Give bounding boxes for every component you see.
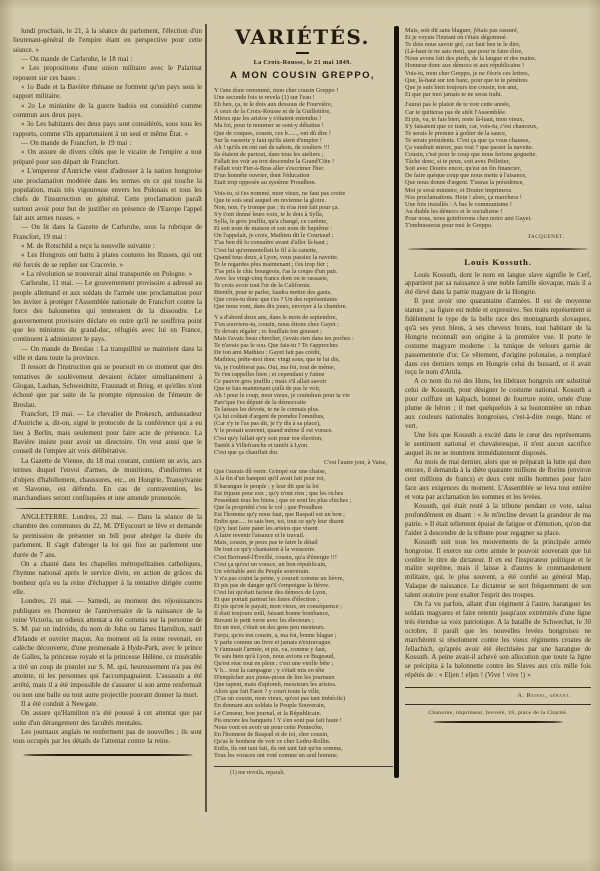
article-paragraph: Kossuth suit tous les mouvements de la p… — [405, 539, 591, 601]
news-paragraph: Il ressort de l'instruction qui se pours… — [13, 363, 202, 410]
news-paragraph: lundi prochain, le 21, à la séance du pa… — [13, 27, 202, 55]
poem-stanza: Mais, soit dit sans blaguer, j'étais pas… — [405, 27, 591, 98]
poem-line: De tout ce qu'y chantaient à la voraceri… — [214, 546, 391, 553]
dateline: La Croix-Rousse, le 21 mai 1849. — [214, 59, 391, 66]
poem-line: Te t'en rappelles bien ; et cependant y … — [214, 371, 391, 378]
poem-line: En l'honneur de Raspail et de toi, cher … — [214, 731, 391, 738]
german-news-items: lundi prochain, le 21, à la séance du pa… — [13, 27, 202, 504]
kossuth-article-body: Louis Kossuth, dont le nom en langue sla… — [405, 272, 591, 682]
poem-stanza: Que t'aurais dû venir. Grimpé sur une ch… — [214, 468, 391, 759]
poem-line: Un véritable ami du Peuple souverain. — [214, 568, 391, 575]
imprint-end-rule — [433, 721, 563, 723]
column-divider-right — [394, 26, 399, 778]
poem-line: Que te fais maintenant çuilà de pas le v… — [214, 385, 391, 392]
poem-line: T'as pris le chic bourgeois, t'as la cou… — [214, 268, 391, 275]
poem-line: Il harangue le peuple ; y leur dit que l… — [214, 483, 391, 490]
news-paragraph: — On mande de Francfort, le 19 mai : — [13, 139, 202, 148]
poem-line: Ça vaudrait mieux, pas vrai ? que passer… — [405, 144, 591, 151]
poem-line: D'empêcher aux pious-pious de lire les j… — [214, 674, 391, 681]
poem-line: Honneur donc aux démocs et aux républica… — [405, 62, 591, 69]
poem-line: Mieux que les aristos y s'étaient entend… — [214, 115, 391, 122]
poem-line: Que la propriété c'est le vol ; que Prou… — [214, 504, 391, 511]
poem-part-1: Y t'ans donc renommé, mon cher cousin Gr… — [214, 87, 391, 456]
news-paragraph: Il a été conduit à Newgate. — [13, 700, 202, 709]
poem-stanza: Y a d'abord deux ans, dans le mois de se… — [214, 314, 391, 456]
poem-line: D'un honnête ouvrier, dont l'éducation — [214, 172, 391, 179]
poem-line: Que te sois seul auquel en revienne la g… — [214, 197, 391, 204]
news-paragraph: — On lit dans la Gazette de Carlsruhe, s… — [13, 223, 202, 242]
column-divider-left — [205, 24, 207, 812]
poem-line: Nos proclamations. Hein ! alors, ça marc… — [405, 194, 591, 201]
poem-line: Ils étaient de partout, dans tous les at… — [214, 151, 391, 158]
column-end-rule — [23, 754, 193, 756]
poem-line: En un mot, c'était un des gens peu mente… — [214, 624, 391, 631]
poem-line: Et son nom de maison et son nom de baptê… — [214, 225, 391, 232]
article-paragraph: Une fois que Kossuth a excité dans le cœ… — [405, 432, 591, 459]
news-paragraph: — On mande de Carlsruhe, le 18 mai : — [13, 55, 202, 64]
poem-line: A faire revenir l'aisance et le travail. — [214, 532, 391, 539]
poem-line: Tantôt à Villefranche et tantôt à Lyon. — [214, 442, 391, 449]
poem-line: Tâche donc, si te peux, soit avec Pellet… — [405, 158, 591, 165]
poem-line: A la fin d'un banquet qu'il avait fait p… — [214, 475, 391, 482]
poem-line: Car te quitteras pas de sitôt l'Assemblé… — [405, 109, 591, 116]
poem-line: Au diable les démocs et le socialisme ! — [405, 208, 591, 215]
news-paragraph: Carlsruhe, 11 mai. — Le gouvernement pro… — [13, 279, 202, 344]
news-paragraph: Les journaux anglais ne renferment pas d… — [13, 728, 202, 747]
news-paragraph: « L'empereur d'Autriche vient d'adresser… — [13, 167, 202, 223]
poem-line: Ah ! qu'ils en ont usé de sabots, de sou… — [214, 144, 391, 151]
news-paragraph: On assure qu'Hamilton n'a été poussé à c… — [13, 709, 202, 728]
poem-line: Qu'est réac tout en plein ; c'est une vi… — [214, 660, 391, 667]
poem-line: Fallait voir Fier-à-Bras aller s'escrime… — [214, 165, 391, 172]
poem-line: Que nous vont, dans dix jours, envoyer à… — [214, 303, 391, 310]
poem-line: On l'appelait, je crois, Mathieu dit le … — [214, 232, 391, 239]
article-separator — [408, 248, 588, 249]
poem-line: Enfin que..... to sais ben, toi, tout ce… — [214, 518, 391, 525]
poem-line: Farçu, qu'es ton cousin, a, ma foi, bonn… — [214, 632, 391, 639]
poem-line: Te sais bien qu'à Lyon, nous avions ce B… — [214, 653, 391, 660]
poem-line: Y a d'abord deux ans, dans le mois de se… — [214, 314, 391, 321]
poem-line: T'embrasseras pour moi le Greppo. — [405, 222, 591, 229]
poem-line: Sur la vasserie y faut qu'ils aient d'em… — [214, 137, 391, 144]
poem-line: Mathieu, prête-moi donc vingt sous, que … — [214, 356, 391, 363]
section-title: VARIÉTÉS. — [214, 27, 391, 48]
poem-line: Mais t'avais beau chercher, t'avais rien… — [214, 335, 391, 342]
poem-line: Que de craques, cousin, ces b......, ont… — [214, 130, 391, 137]
poem-line: Et je voyais l'instant où t'étais dégomm… — [405, 34, 591, 41]
news-paragraph: ANGLETERRE. Londres, 22 mai. — Dans la s… — [13, 513, 202, 560]
poem-line: S'y t'ont donné leurs voix, te le dois à… — [214, 211, 391, 218]
poem-line: Ma foi, pour te nommer se sont-y débattu… — [214, 122, 391, 129]
poem-line: Te laisses les dévots, te ne le connais … — [214, 406, 391, 413]
poem-line: Alors que fait Faret ? y court toute la … — [214, 688, 391, 695]
poem-line: J'aurai pas le plaisir de te voir cette … — [405, 101, 591, 108]
poem-line: Parc'que t'es député de la démocratie — [214, 399, 391, 406]
poem-continuation-line: C'est l'autre jour, à Vaise, — [214, 459, 391, 466]
poem-line: Fallait tes voir au trot descendre la Gr… — [214, 158, 391, 165]
news-paragraph: « La révolution se trouverait ainsi tran… — [13, 270, 202, 279]
poem-line: Te le regardes plus maintenant ; t'es tr… — [214, 261, 391, 268]
article-paragraph: Il peut avoir une quarantaine d'années. … — [405, 298, 591, 378]
poem-line: Avec les vingt-cinq francs dont on te ra… — [214, 275, 391, 282]
poem-line: Buvant le petit verre avec les électeurs… — [214, 617, 391, 624]
poem-line: C'est qu'y fallait qu'y soit pour ton él… — [214, 435, 391, 442]
poem-line: Non, non, t'y trompe pas ; tu n'as rien … — [214, 204, 391, 211]
article-paragraph: A ce nom du roi des Huns, les libéraux h… — [405, 378, 591, 431]
poem-line: Mais, cousin, je peux pas te faire le dé… — [214, 539, 391, 546]
poem-line: Te dois nous savoir gré, car faut ben te… — [405, 41, 591, 48]
poem-line: Cousin, c'est pour le coup que nous feri… — [405, 151, 591, 158]
poem-line: Mais, soit dit sans blaguer, j'étais pas… — [405, 27, 591, 34]
poem-line: Y le prenait souvent, quand même il est … — [214, 427, 391, 434]
poem-line: Sylla, le gros joufflu, qu'a changé, ce … — [214, 218, 391, 225]
poem-line: Est l'homme qu'y nous faut, que Raspail … — [214, 511, 391, 518]
article-paragraph: On l'a vu parfois, allant d'un régiment … — [405, 601, 591, 681]
poem-line: S'y faisaient que ce train, car, vois-tu… — [405, 123, 591, 130]
poem-line: Soit avec Doutre encor, qu'est un fin fi… — [405, 165, 591, 172]
poem-line: Et pis pas de danger qu'il t'empoigne la… — [214, 582, 391, 589]
news-paragraph: Francfort, 19 mai. — Le chevalier de Pro… — [13, 410, 202, 457]
poem-line: Et que par moi jamais te ne seras trahi. — [405, 91, 591, 98]
printer-imprint: Chanoine, imprimeur, breveté, 18, place … — [405, 704, 591, 716]
england-news-items: ANGLETERRE. Londres, 22 mai. — Dans la s… — [13, 513, 202, 747]
poem-line: Y t'ans donc renommé, mon cher cousin Gr… — [214, 87, 391, 94]
news-paragraph: « 1o Bade et la Bavière rhénane ne forme… — [13, 83, 202, 102]
poem-line: Une seconde fois te revela (1) sur l'eau… — [214, 94, 391, 101]
poem-stanza: J'aurai pas le plaisir de te voir cette … — [405, 101, 591, 229]
poem-line: Et que portait partout les listes d'élec… — [214, 596, 391, 603]
section-rule — [15, 508, 200, 510]
poem-line: C'est lui qu'était facteur des démocs de… — [214, 589, 391, 596]
poem-line: Et pis, va, te fais bien, reste là-haut,… — [405, 116, 591, 123]
poem-line: Qu'as le bonheur de voir ce cher Ledru-R… — [214, 738, 391, 745]
news-paragraph: « 3o Les habitants des deux pays sont co… — [13, 120, 202, 139]
poem-line: Que, là-haut sur ton banc, pour que te t… — [405, 77, 591, 84]
poem-line: Te serais présidents. C'est ça que ça vo… — [405, 137, 591, 144]
news-paragraph: « M. de Rotschild a reçu la nouvelle sui… — [13, 242, 202, 251]
poem-stanza: Vois-tu, si t'es nommé, mon vieux, ne fa… — [214, 190, 391, 311]
poem-line: (Car s'y te l'as pas dit, je t'y dis à s… — [214, 420, 391, 427]
poem-line: Eh ben, ça, te le dois aux dessous de Fo… — [214, 101, 391, 108]
news-paragraph: — On mande de Breslau : La tranquillité … — [13, 345, 202, 364]
poem-line: Et pis qu'on le payait, mon vieux, en co… — [214, 603, 391, 610]
poem-line: Que t'aurais dû venir. Grimpé sur une ch… — [214, 468, 391, 475]
poem-line: Est injuste pour eux ; qu'y n'ont rien ;… — [214, 490, 391, 497]
poem-line: Il était toujours soûl, faisant bonne bo… — [214, 610, 391, 617]
poem-line: Enfin, ils ont tant fait, ils ont tant f… — [214, 745, 391, 752]
poem-line: Y b... tout la campagne ; y s'était mis … — [214, 667, 391, 674]
news-paragraph: On a chanté dans les chapelles métropoli… — [13, 560, 202, 597]
poem-part-2: Que t'aurais dû venir. Grimpé sur une ch… — [214, 468, 391, 759]
poem-stanza: Y t'ans donc renommé, mon cher cousin Gr… — [214, 87, 391, 186]
news-paragraph: La Gazette de Vienne, du 18 mai courant,… — [13, 457, 202, 504]
poem-line: Le Censeur, bon journal, et la Républica… — [214, 710, 391, 717]
varietes-column: VARIÉTÉS. La Croix-Rousse, le 21 mai 184… — [214, 27, 391, 776]
poem-line: Ça lui coûtait d'argent de prendre l'omn… — [214, 413, 391, 420]
ornament-dash — [296, 52, 309, 54]
poem-line: Y n'a pas craint la peine, y courait com… — [214, 575, 391, 582]
poem-line: Était trop opposée au système Proudhon. — [214, 179, 391, 186]
article-title: A MON COUSIN GREPPO, — [214, 70, 391, 81]
poem-line: Te n'avais pas le sou. Que fais-tu ? Te … — [214, 342, 391, 349]
poem-line: Vois-tu, si t'es nommé, mon vieux, ne fa… — [214, 190, 391, 197]
news-paragraph: « On assure de divers côtés que le vicai… — [13, 148, 202, 167]
poem-line: Tous les voraces ont voté comme un seul … — [214, 752, 391, 759]
poem-line: (Là-haut te ne sais rien), que pour te f… — [405, 48, 591, 55]
poem-line: Y parle comme un livre et jamais n'extra… — [214, 639, 391, 646]
poem-line: A ceux de la Croix-Rousse et de la Guill… — [214, 108, 391, 115]
poem-line: Possédant tous les biens ; que ce sont l… — [214, 497, 391, 504]
poem-line: Ah ! pour le coup, mon vieux, je craindr… — [214, 392, 391, 399]
kossuth-article-title: Louis Kossuth. — [405, 257, 591, 267]
poem-line: Que nous donne d'argent. T'auras la prés… — [405, 179, 591, 186]
poem-line: T'as ben dû lo connaître avant d'aller l… — [214, 239, 391, 246]
poem-line: Ce pauvre gros joufflu ; mais s'il allai… — [214, 378, 391, 385]
poem-line: Nous avons fait des pieds, de la langue … — [405, 55, 591, 62]
poem-line: Quand tous deux, à Lyon, vous passiez la… — [214, 254, 391, 261]
news-paragraph: Londres, 21 mai. — Samedi, au moment des… — [13, 597, 202, 700]
poem-line: C'est lui qu'emmotellait le fil à la can… — [214, 247, 391, 254]
right-column: Mais, soit dit sans blaguer, j'étais pas… — [405, 27, 591, 723]
poem-line: C'est ça qu'est un vorace, un bon républ… — [214, 561, 391, 568]
poem-line: Que crois-tu donc que t'es ? Un des repr… — [214, 296, 391, 303]
poem-line: Que tapent, mais d'aplomb, messieurs les… — [214, 681, 391, 688]
poem-line: T'en souviens-tu, cousin, nous étions ch… — [214, 321, 391, 328]
poem-part-3: Mais, soit dit sans blaguer, j'étais pas… — [405, 27, 591, 229]
news-paragraph: « Les propositions d'une union militaire… — [13, 64, 202, 83]
article-paragraph: Au mois de mai dernier, alors que se pré… — [405, 459, 591, 504]
poem-line: Y t'amusait l'armée, et pis, va, comme y… — [214, 646, 391, 653]
poem-line: Que je suis bien toujours ton cousin, to… — [405, 84, 591, 91]
poem-line: En donnant aux soldats le Peuple Souvera… — [214, 702, 391, 709]
author-signature: Jacquenet. — [405, 233, 591, 240]
footnote: (1) me revoilà, reparaît. — [214, 766, 393, 776]
poem-line: Vois-tu, mon cher Greppo, je ne t'écris … — [405, 70, 591, 77]
poem-line: (T'as un cousin, mon vieux, qu'est pas t… — [214, 695, 391, 702]
poem-line: Te crois avoir tout l'or de la Californi… — [214, 282, 391, 289]
news-paragraph: « Les Hongrois ont battu à plates coutur… — [13, 251, 202, 270]
poem-line: Nous vont en avoir un pour cette Pentecô… — [214, 724, 391, 731]
poem-line: De ton ami Mathieu : Gayet fait pas créd… — [214, 349, 391, 356]
poem-line: De faire quéque coup que nous mette à l'… — [405, 172, 591, 179]
poem-line: Pis encore les banquets ! Y s'en sont pa… — [214, 717, 391, 724]
poem-line: Pour nous, nous goinfrerons chez notre a… — [405, 215, 591, 222]
poem-line: To devais régaler ; to fouillais ton gou… — [214, 328, 391, 335]
poem-line: Va, je t'oublierai pas. Oui, ma foi, tou… — [214, 364, 391, 371]
left-news-column: lundi prochain, le 21, à la séance du pa… — [13, 27, 202, 756]
newspaper-page: { "colors":{"paper":"#d4cbac","ink":"#34… — [0, 0, 600, 871]
poem-line: C'est que ça chauffait dur. — [214, 449, 391, 456]
poem-line: Qu'y faut faire pater les aristos que vi… — [214, 525, 391, 532]
article-paragraph: Louis Kossuth, dont le nom en langue sla… — [405, 272, 591, 299]
news-paragraph: « 2o Le ministère de la guerre badois es… — [13, 102, 202, 121]
article-paragraph: Kossuth, qui était resté à la tribune pe… — [405, 503, 591, 539]
poem-line: C'est Bertrand-l'Éveillé, cousin, qu'a d… — [214, 554, 391, 561]
poem-line: Te serais le premier à goûter de la sauc… — [405, 130, 591, 137]
poem-line: Moi je serai ministre, et Doutre imprime… — [405, 187, 591, 194]
poem-line: Une fois installés : A bas le communisme… — [405, 201, 591, 208]
poem-line: Bientôt, pour te parler, faudra mettre d… — [214, 289, 391, 296]
managing-editor-line: A. Reinel, gérant. — [405, 687, 591, 702]
